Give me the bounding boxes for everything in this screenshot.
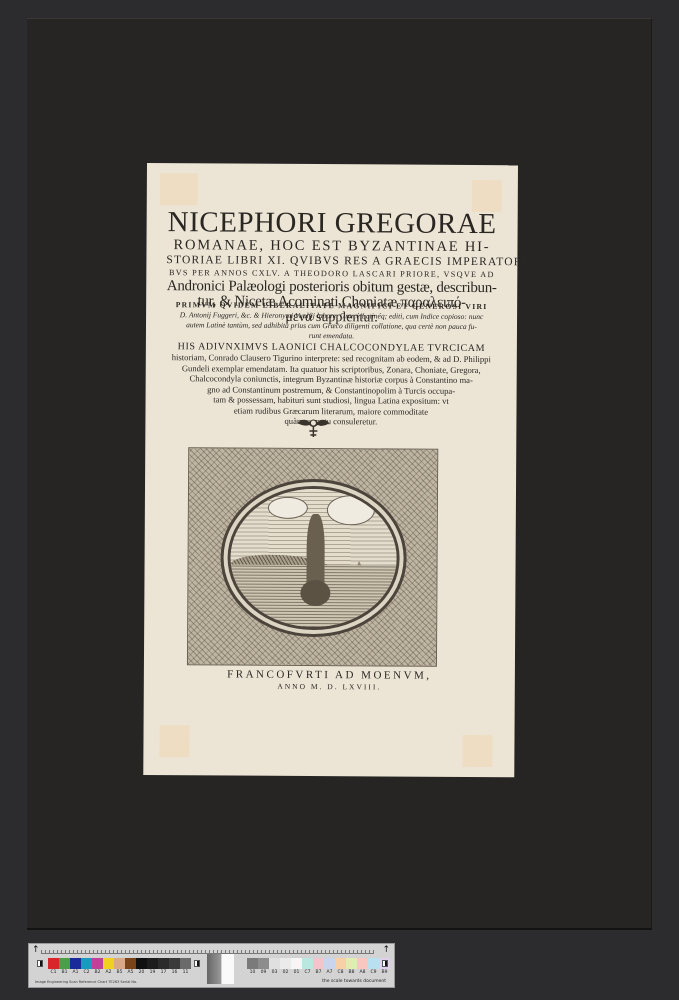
fleuron-ornament-icon bbox=[293, 417, 333, 439]
patch-label: B5 bbox=[114, 970, 125, 976]
scale-note: the scale towards document bbox=[322, 979, 386, 984]
patch-label: 11 bbox=[180, 970, 191, 976]
color-patch bbox=[269, 958, 280, 969]
editors-paragraph: PRIMVM QVIDEM LIBERALITATE MAGNIFICI ET … bbox=[166, 300, 497, 342]
patch-label: C2 bbox=[81, 970, 92, 976]
color-patch bbox=[125, 958, 136, 969]
patch-label: 17 bbox=[158, 970, 169, 976]
imprint: FRANCOFVRTI AD MOENVM, ANNO M. D. LXVIII… bbox=[164, 668, 495, 693]
color-patch bbox=[258, 958, 269, 969]
hinge-tape-top-left bbox=[160, 173, 198, 205]
patch-label: B2 bbox=[92, 970, 103, 976]
color-patch bbox=[291, 958, 302, 969]
printers-device-woodcut bbox=[187, 447, 438, 667]
color-patch bbox=[302, 958, 313, 969]
hinge-tape-bottom-right bbox=[462, 735, 492, 767]
imprint-year: ANNO M. D. LXVIII. bbox=[164, 681, 495, 693]
color-patch bbox=[147, 958, 158, 969]
color-patch bbox=[114, 958, 125, 969]
color-patch bbox=[169, 958, 180, 969]
color-patch bbox=[81, 958, 92, 969]
color-patch bbox=[180, 958, 191, 969]
white-reference-box bbox=[222, 954, 234, 984]
color-checker-target: ↑ ↑ C1B1A1C2B2A2B5A52019171611 100903020… bbox=[28, 943, 395, 988]
patch-label: 09 bbox=[258, 970, 269, 976]
color-patches-left bbox=[48, 958, 191, 969]
up-arrow-icon: ↑ bbox=[32, 946, 40, 955]
color-patch bbox=[313, 958, 324, 969]
registration-mark-icon bbox=[382, 960, 388, 967]
color-patch bbox=[357, 958, 368, 969]
paragraph-line: runt emendata. bbox=[166, 330, 497, 342]
registration-mark-icon bbox=[194, 960, 200, 967]
patch-label: 01 bbox=[291, 970, 302, 976]
paragraph-line: tam & possessam, habituri sunt studiosi,… bbox=[168, 394, 495, 406]
patch-label: C9 bbox=[368, 970, 379, 976]
color-patch bbox=[70, 958, 81, 969]
color-patches-right bbox=[247, 958, 390, 969]
color-patch bbox=[48, 958, 59, 969]
patch-label: B9 bbox=[379, 970, 390, 976]
oval-cartouche bbox=[220, 478, 407, 637]
color-patch bbox=[346, 958, 357, 969]
color-patch bbox=[103, 958, 114, 969]
color-patch bbox=[247, 958, 258, 969]
patch-labels-right: 1009030201C7B7A7C8B8A8C9B9 bbox=[247, 970, 390, 976]
color-patch bbox=[92, 958, 103, 969]
gray-step-wedge bbox=[207, 954, 221, 984]
color-patch bbox=[324, 958, 335, 969]
patch-label: A7 bbox=[324, 970, 335, 976]
color-patch bbox=[368, 958, 379, 969]
patch-label: A1 bbox=[70, 970, 81, 976]
color-patch bbox=[136, 958, 147, 969]
patch-label: A8 bbox=[357, 970, 368, 976]
patch-label: B1 bbox=[59, 970, 70, 976]
patch-label: A2 bbox=[103, 970, 114, 976]
patch-label: 20 bbox=[136, 970, 147, 976]
patch-label: 16 bbox=[169, 970, 180, 976]
color-patch bbox=[280, 958, 291, 969]
chart-fine-print: Image Engineering Scan Reference Chart T… bbox=[35, 980, 137, 984]
title-page: NICEPHORI GREGORAE ROMANAE, HOC EST BYZA… bbox=[143, 163, 518, 777]
registration-mark-icon bbox=[37, 960, 43, 967]
color-patch bbox=[158, 958, 169, 969]
title-line: NICEPHORI GREGORAE bbox=[167, 207, 498, 239]
patch-label: B8 bbox=[346, 970, 357, 976]
patch-labels-left: C1B1A1C2B2A2B5A52019171611 bbox=[48, 970, 191, 976]
patch-label: C8 bbox=[335, 970, 346, 976]
patch-label: A5 bbox=[125, 970, 136, 976]
globe bbox=[300, 580, 330, 606]
up-arrow-icon: ↑ bbox=[382, 946, 390, 955]
patch-label: 03 bbox=[269, 970, 280, 976]
color-patch bbox=[59, 958, 70, 969]
patch-label: 10 bbox=[247, 970, 258, 976]
color-patch bbox=[335, 958, 346, 969]
patch-label: 02 bbox=[280, 970, 291, 976]
hinge-tape-bottom-left bbox=[159, 725, 189, 757]
patch-label: B7 bbox=[313, 970, 324, 976]
chalcocondyles-paragraph: HIS ADIVNXIMVS LAONICI CHALCOCONDYLAE TV… bbox=[167, 341, 495, 427]
patch-label: 19 bbox=[147, 970, 158, 976]
patch-label: C7 bbox=[302, 970, 313, 976]
patch-label: C1 bbox=[48, 970, 59, 976]
